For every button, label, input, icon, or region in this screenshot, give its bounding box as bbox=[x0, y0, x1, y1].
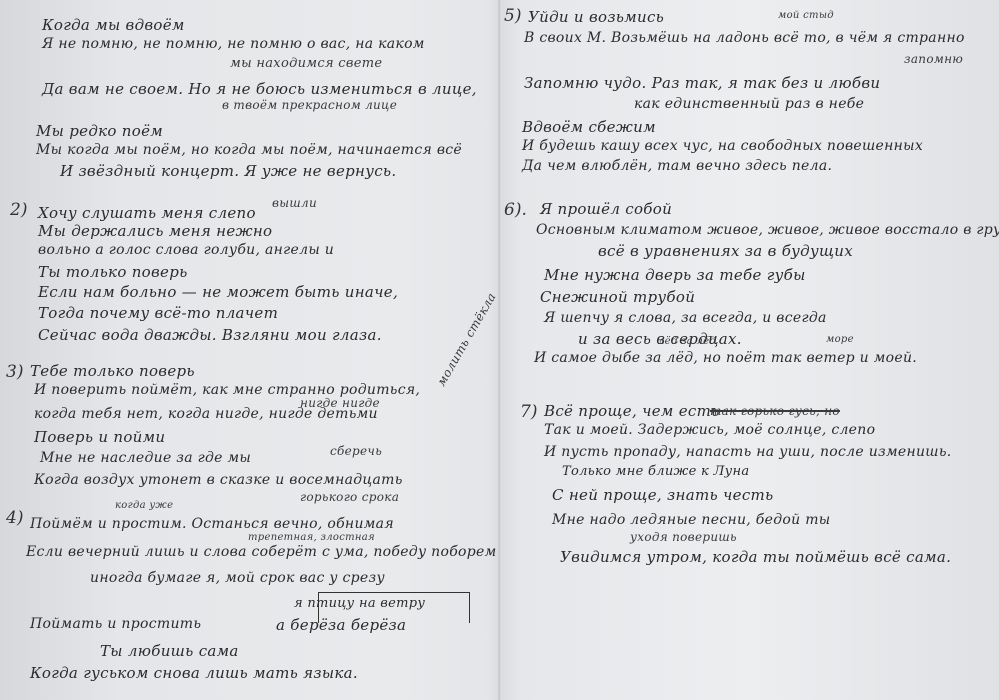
section-number: 6). bbox=[504, 200, 527, 220]
text-line: В своих М. Возьмёшь на ладонь всё то, в … bbox=[524, 30, 965, 46]
text-line: в твоём прекрасном лице bbox=[222, 98, 397, 112]
text-line: Мы держались меня нежно bbox=[38, 222, 272, 240]
annotation: когда уже bbox=[115, 500, 173, 511]
text-line: Тогда почему всё-то плачет bbox=[38, 304, 278, 322]
text-line: Мне нужна дверь за тебе губы bbox=[544, 266, 806, 284]
text-line: запомню bbox=[904, 52, 963, 66]
text-line: когда тебя нет, когда нигде, нигде детьм… bbox=[34, 406, 378, 422]
text-line: как единственный раз в небе bbox=[634, 96, 864, 112]
text-line: Вдвоём сбежим bbox=[522, 118, 656, 136]
annotation: вышли bbox=[272, 196, 317, 210]
text-line: уходя поверишь bbox=[630, 530, 737, 544]
text-line: Запомню чудо. Раз так, я так без и любви bbox=[524, 74, 880, 92]
annotation: молить стёкла bbox=[434, 290, 499, 388]
right-page: 5) Уйди и возьмись мой стыд В своих М. В… bbox=[500, 0, 999, 700]
text-line: Увидимся утром, когда ты поймёшь всё сам… bbox=[560, 548, 951, 566]
annotation: мой стыд bbox=[778, 10, 834, 21]
text-line: Хочу слушать меня слепо bbox=[38, 204, 256, 222]
text-line: вольно а голос слова голуби, ангелы и bbox=[38, 242, 334, 258]
annotation: лёд за лёд bbox=[658, 336, 716, 347]
text-line: Ты только поверь bbox=[38, 263, 188, 281]
text-line: И звёздный концерт. Я уже не вернусь. bbox=[60, 162, 396, 180]
text-line: Уйди и возьмись bbox=[528, 8, 664, 26]
annotation: так горько гусь, но bbox=[710, 404, 840, 418]
section-number: 2) bbox=[10, 200, 27, 220]
text-line: мы находимся свете bbox=[230, 56, 382, 71]
text-line: Если вечерний лишь и слова соберёт с ума… bbox=[26, 544, 497, 560]
text-line: Мне надо ледяные песни, бедой ты bbox=[552, 512, 830, 528]
left-page: Когда мы вдвоём Я не помню, не помню, не… bbox=[0, 0, 500, 700]
text-line: И будешь кашу всех чус, на свободных пов… bbox=[522, 138, 923, 154]
section-number: 4) bbox=[6, 508, 23, 528]
section-number: 5) bbox=[504, 6, 521, 26]
text-line: Если нам больно — не может быть иначе, bbox=[38, 283, 398, 301]
text-line: Поверь и пойми bbox=[34, 428, 165, 446]
text-line: Основным климатом живое, живое, живое во… bbox=[536, 222, 999, 238]
text-line: Только мне ближе к Луна bbox=[562, 464, 749, 479]
text-line: Я не помню, не помню, не помню о вас, на… bbox=[42, 36, 425, 52]
annotation: сберечь bbox=[330, 444, 382, 458]
text-line: а берёза берёза bbox=[276, 616, 406, 634]
text-line: Снежиной трубой bbox=[540, 288, 695, 306]
text-line: Поймём и простим. Останься вечно, обнима… bbox=[30, 516, 394, 532]
text-line: я птицу на ветру bbox=[294, 596, 425, 611]
text-line: И самое дыбе за лёд, но поёт так ветер и… bbox=[534, 350, 917, 366]
text-line: Я шепчу я слова, за всегда, и всегда bbox=[544, 310, 827, 326]
text-line: Когда гуськом снова лишь мать языка. bbox=[30, 664, 358, 682]
text-line: С ней проще, знать честь bbox=[552, 486, 774, 504]
text-line: Когда воздух утонет в сказке и восемнадц… bbox=[34, 472, 403, 488]
text-line: Да вам не своем. Но я не боюсь изменитьс… bbox=[42, 80, 477, 98]
text-line: Всё проще, чем есть bbox=[544, 402, 720, 420]
text-line: Так и моей. Задержись, моё солнце, слепо bbox=[544, 422, 875, 438]
text-line: Мне не наследие за где мы bbox=[40, 450, 251, 466]
text-line: Я прошёл собой bbox=[540, 200, 672, 218]
text-line: Когда мы вдвоём bbox=[42, 16, 185, 34]
text-line: Да чем влюблён, там вечно здесь пела. bbox=[522, 158, 832, 174]
annotation: море bbox=[826, 334, 854, 345]
text-line: Мы когда мы поём, но когда мы поём, начи… bbox=[36, 142, 462, 158]
text-line: Поймать и простить bbox=[30, 616, 201, 632]
text-line: иногда бумаге я, мой срок вас у срезу bbox=[90, 570, 385, 586]
text-line: И пусть пропаду, напасть на уши, после и… bbox=[544, 444, 952, 460]
section-number: 3) bbox=[6, 362, 23, 382]
text-line: Мы редко поём bbox=[36, 122, 163, 140]
annotation: горького срока bbox=[300, 490, 399, 504]
text-line: Сейчас вода дважды. Взгляни мои глаза. bbox=[38, 326, 382, 344]
annotation: трепетная, злостная bbox=[248, 532, 375, 543]
text-line: всё в уравнениях за в будущих bbox=[598, 242, 853, 260]
section-number: 7) bbox=[520, 402, 537, 422]
text-line: Ты любишь сама bbox=[100, 642, 239, 660]
text-line: Тебе только поверь bbox=[30, 362, 195, 380]
